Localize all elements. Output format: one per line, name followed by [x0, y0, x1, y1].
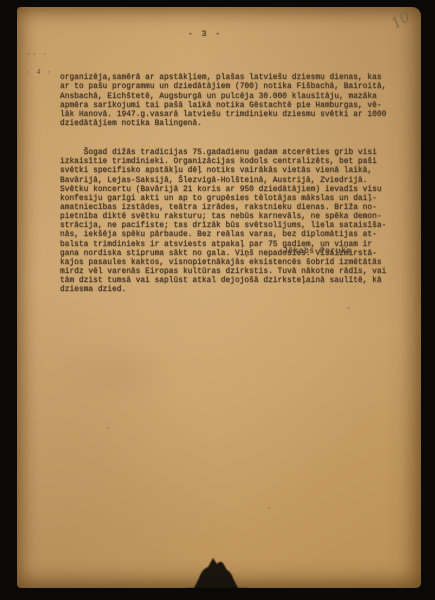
scan-background: - 3 - 10 ·· · · 4 · organizēja,samērā ar…: [0, 0, 435, 600]
margin-mark-top: ·· ·: [27, 51, 48, 59]
handwritten-corner-annotation: 10: [388, 7, 414, 32]
paper-speck: [267, 507, 271, 509]
binder-clip-shadow: [187, 554, 247, 588]
author-signature: Jēkabs Poruks: [283, 248, 352, 256]
paper-speck: [347, 307, 350, 309]
body-paragraph-2: Šogad dižās tradicijas 75.gadadienu gada…: [60, 149, 408, 296]
paper-speck: [107, 427, 109, 429]
document-page: - 3 - 10 ·· · · 4 · organizēja,samērā ar…: [17, 7, 421, 588]
margin-mark-bottom: · 4 ·: [26, 69, 52, 77]
paper-stain: [57, 337, 177, 407]
typewritten-body: organizēja,samērā ar apstākļiem, plašas …: [60, 56, 408, 314]
page-number: - 3 -: [155, 30, 255, 39]
body-paragraph-1: organizēja,samērā ar apstākļiem, plašas …: [60, 74, 408, 129]
